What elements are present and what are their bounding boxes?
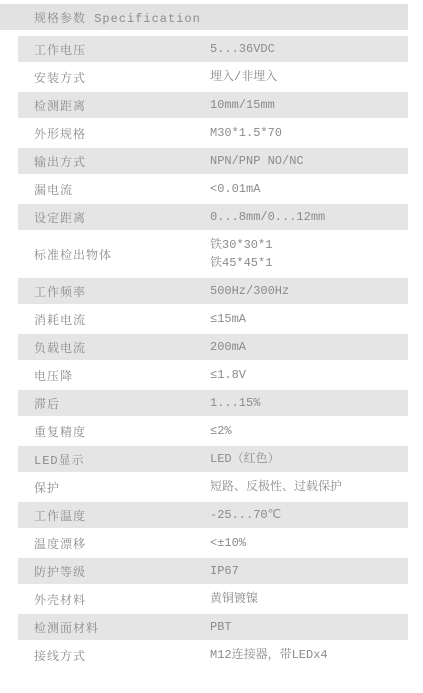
- row-value: 埋入/非埋入: [210, 64, 277, 90]
- row-label: 保护: [18, 479, 210, 496]
- table-row: 检测距离 10mm/15mm: [18, 92, 408, 118]
- row-value: -25...70℃: [210, 502, 281, 528]
- row-label: 标准检出物体: [18, 246, 210, 263]
- row-label: 外形规格: [18, 125, 210, 142]
- row-value: M12连接器，带LEDx4: [210, 642, 328, 668]
- row-value: ≤15mA: [210, 306, 246, 332]
- row-value: <±10%: [210, 530, 246, 556]
- row-label: 检测距离: [18, 97, 210, 114]
- row-value: 黄铜镀镍: [210, 586, 258, 612]
- row-value: ≤1.8V: [210, 362, 246, 388]
- row-label: 工作温度: [18, 507, 210, 524]
- row-label: 外壳材料: [18, 591, 210, 608]
- row-label: LED显示: [18, 451, 210, 468]
- row-label: 重复精度: [18, 423, 210, 440]
- table-row: 设定距离 0...8mm/0...12mm: [18, 204, 408, 230]
- row-label: 防护等级: [18, 563, 210, 580]
- row-value: LED（红色）: [210, 446, 280, 472]
- row-value: M30*1.5*70: [210, 120, 282, 146]
- row-label: 电压降: [18, 367, 210, 384]
- row-label: 设定距离: [18, 209, 210, 226]
- table-row: 消耗电流 ≤15mA: [18, 306, 408, 332]
- table-row: 防护等级 IP67: [18, 558, 408, 584]
- spec-section-header: 规格参数 Specification: [0, 4, 408, 30]
- row-value: 0...8mm/0...12mm: [210, 204, 325, 230]
- row-value: ≤2%: [210, 418, 232, 444]
- row-value: PBT: [210, 614, 232, 640]
- row-label: 工作频率: [18, 283, 210, 300]
- row-value: 1...15%: [210, 390, 260, 416]
- table-row: LED显示 LED（红色）: [18, 446, 408, 472]
- table-row: 工作电压 5...36VDC: [18, 36, 408, 62]
- row-label: 输出方式: [18, 153, 210, 170]
- table-row: 外形规格 M30*1.5*70: [18, 120, 408, 146]
- table-row: 工作频率 500Hz/300Hz: [18, 278, 408, 304]
- row-value: 铁30*30*1 铁45*45*1: [210, 232, 272, 276]
- table-row: 安装方式 埋入/非埋入: [18, 64, 408, 90]
- spec-section-title: 规格参数 Specification: [0, 9, 201, 26]
- table-row: 外壳材料 黄铜镀镍: [18, 586, 408, 612]
- table-row: 标准检出物体 铁30*30*1 铁45*45*1: [18, 232, 408, 276]
- row-label: 接线方式: [18, 647, 210, 664]
- row-value: 10mm/15mm: [210, 92, 275, 118]
- row-label: 滞后: [18, 395, 210, 412]
- table-row: 检测面材料 PBT: [18, 614, 408, 640]
- spec-table: 工作电压 5...36VDC 安装方式 埋入/非埋入 检测距离 10mm/15m…: [18, 36, 408, 668]
- row-label: 安装方式: [18, 69, 210, 86]
- row-label: 温度漂移: [18, 535, 210, 552]
- row-label: 负载电流: [18, 339, 210, 356]
- row-value: <0.01mA: [210, 176, 260, 202]
- table-row: 漏电流 <0.01mA: [18, 176, 408, 202]
- row-label: 消耗电流: [18, 311, 210, 328]
- table-row: 负载电流 200mA: [18, 334, 408, 360]
- table-row: 接线方式 M12连接器，带LEDx4: [18, 642, 408, 668]
- row-value: IP67: [210, 558, 239, 584]
- row-value: 短路、反极性、过载保护: [210, 474, 342, 500]
- table-row: 电压降 ≤1.8V: [18, 362, 408, 388]
- table-row: 输出方式 NPN/PNP NO/NC: [18, 148, 408, 174]
- row-label: 工作电压: [18, 41, 210, 58]
- row-value: 500Hz/300Hz: [210, 278, 289, 304]
- row-label: 漏电流: [18, 181, 210, 198]
- table-row: 工作温度 -25...70℃: [18, 502, 408, 528]
- row-value: 5...36VDC: [210, 36, 275, 62]
- table-row: 滞后 1...15%: [18, 390, 408, 416]
- row-value: 200mA: [210, 334, 246, 360]
- table-row: 温度漂移 <±10%: [18, 530, 408, 556]
- table-row: 保护 短路、反极性、过载保护: [18, 474, 408, 500]
- table-row: 重复精度 ≤2%: [18, 418, 408, 444]
- row-value: NPN/PNP NO/NC: [210, 148, 304, 174]
- row-label: 检测面材料: [18, 619, 210, 636]
